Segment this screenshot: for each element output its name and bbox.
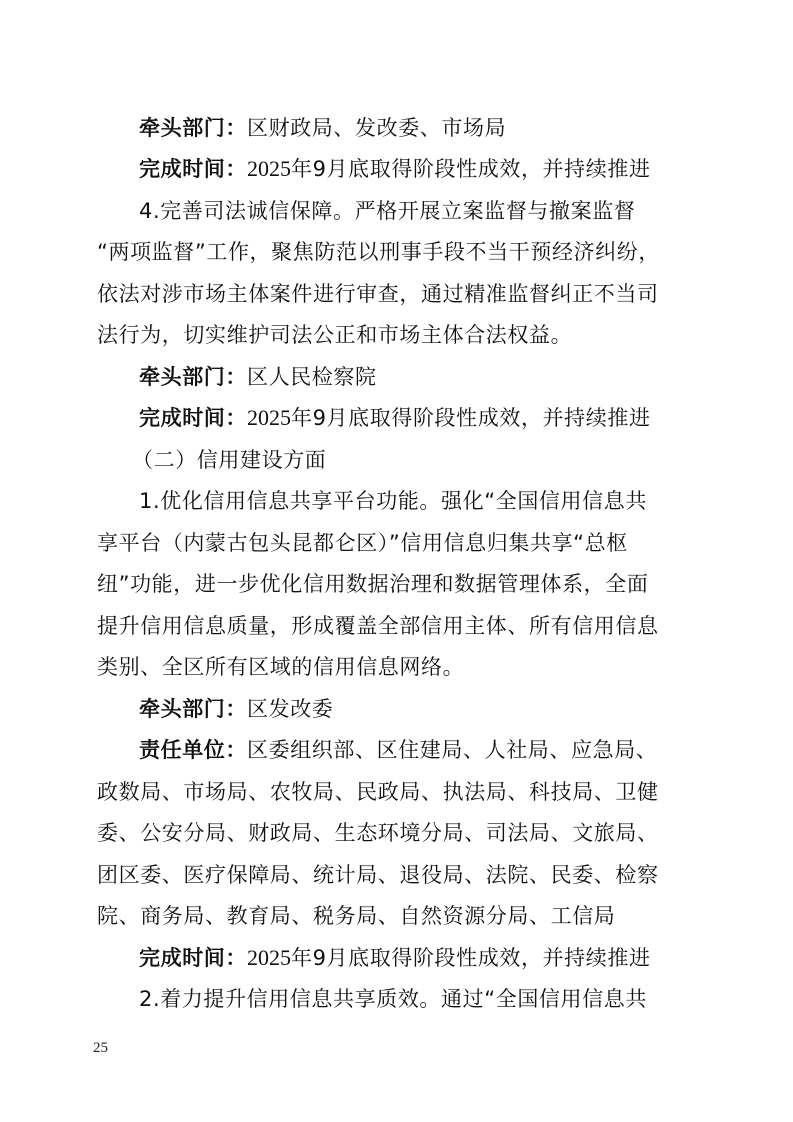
field-label: 完成时间： (139, 406, 247, 430)
responsible-units-line: 责任单位：区委组织部、区住建局、人社局、应急局、 (139, 736, 657, 764)
year: 2025 (247, 945, 291, 970)
field-label: 牵头部门： (139, 365, 247, 389)
completion-time-line: 完成时间：2025年9月底取得阶段性成效，并持续推进 (139, 404, 651, 432)
field-label: 责任单位： (139, 738, 247, 762)
paragraph-line: “两项监督”工作，聚焦防范以刑事手段不当干预经济纠纷， (97, 238, 660, 266)
paragraph-line: 政数局、市场局、农牧局、民政局、执法局、科技局、卫健 (97, 778, 659, 806)
field-value: 区委组织部、区住建局、人社局、应急局、 (247, 738, 657, 762)
paragraph-line: 纽”功能，进一步优化信用数据治理和数据管理体系，全面 (97, 570, 648, 598)
lead-department-line: 牵头部门：区财政局、发改委、市场局 (139, 114, 506, 142)
field-label: 牵头部门： (139, 697, 247, 721)
paragraph-line: 2.着力提升信用信息共享质效。通过“全国信用信息共 (139, 985, 647, 1013)
lead-department-line: 牵头部门：区人民检察院 (139, 363, 377, 391)
field-label: 牵头部门： (139, 116, 247, 140)
field-value: 区人民检察院 (247, 365, 377, 389)
completion-time-line: 完成时间：2025年9月底取得阶段性成效，并持续推进 (139, 155, 651, 183)
field-value: 年9月底取得阶段性成效，并持续推进 (291, 157, 651, 181)
paragraph-line: 4.完善司法诚信保障。严格开展立案监督与撤案监督 (139, 197, 635, 225)
page-number: 25 (93, 1040, 108, 1057)
paragraph-line: 团区委、医疗保障局、统计局、退役局、法院、民委、检察 (97, 861, 659, 889)
paragraph-line: 院、商务局、教育局、税务局、自然资源分局、工信局 (97, 902, 615, 930)
field-value: 年9月底取得阶段性成效，并持续推进 (291, 946, 651, 970)
completion-time-line: 完成时间：2025年9月底取得阶段性成效，并持续推进 (139, 944, 651, 972)
field-value: 区发改委 (247, 697, 333, 721)
paragraph-line: 依法对涉市场主体案件进行审查，通过精准监督纠正不当司 (97, 280, 659, 308)
paragraph-line: 提升信用信息质量，形成覆盖全部信用主体、所有信用信息 (97, 612, 659, 640)
paragraph-line: 1.优化信用信息共享平台功能。强化“全国信用信息共 (139, 487, 647, 515)
year: 2025 (247, 405, 291, 430)
field-value: 年9月底取得阶段性成效，并持续推进 (291, 406, 651, 430)
field-label: 完成时间： (139, 946, 247, 970)
section-heading: （二）信用建设方面 (132, 446, 326, 474)
paragraph-line: 享平台（内蒙古包头昆都仑区）”信用信息归集共享“总枢 (97, 529, 628, 557)
paragraph-line: 委、公安分局、财政局、生态环境分局、司法局、文旅局、 (97, 819, 659, 847)
year: 2025 (247, 156, 291, 181)
field-label: 完成时间： (139, 157, 247, 181)
paragraph-line: 类别、全区所有区域的信用信息网络。 (97, 653, 464, 681)
field-value: 区财政局、发改委、市场局 (247, 116, 506, 140)
lead-department-line: 牵头部门：区发改委 (139, 695, 333, 723)
paragraph-line: 法行为，切实维护司法公正和市场主体合法权益。 (97, 321, 572, 349)
